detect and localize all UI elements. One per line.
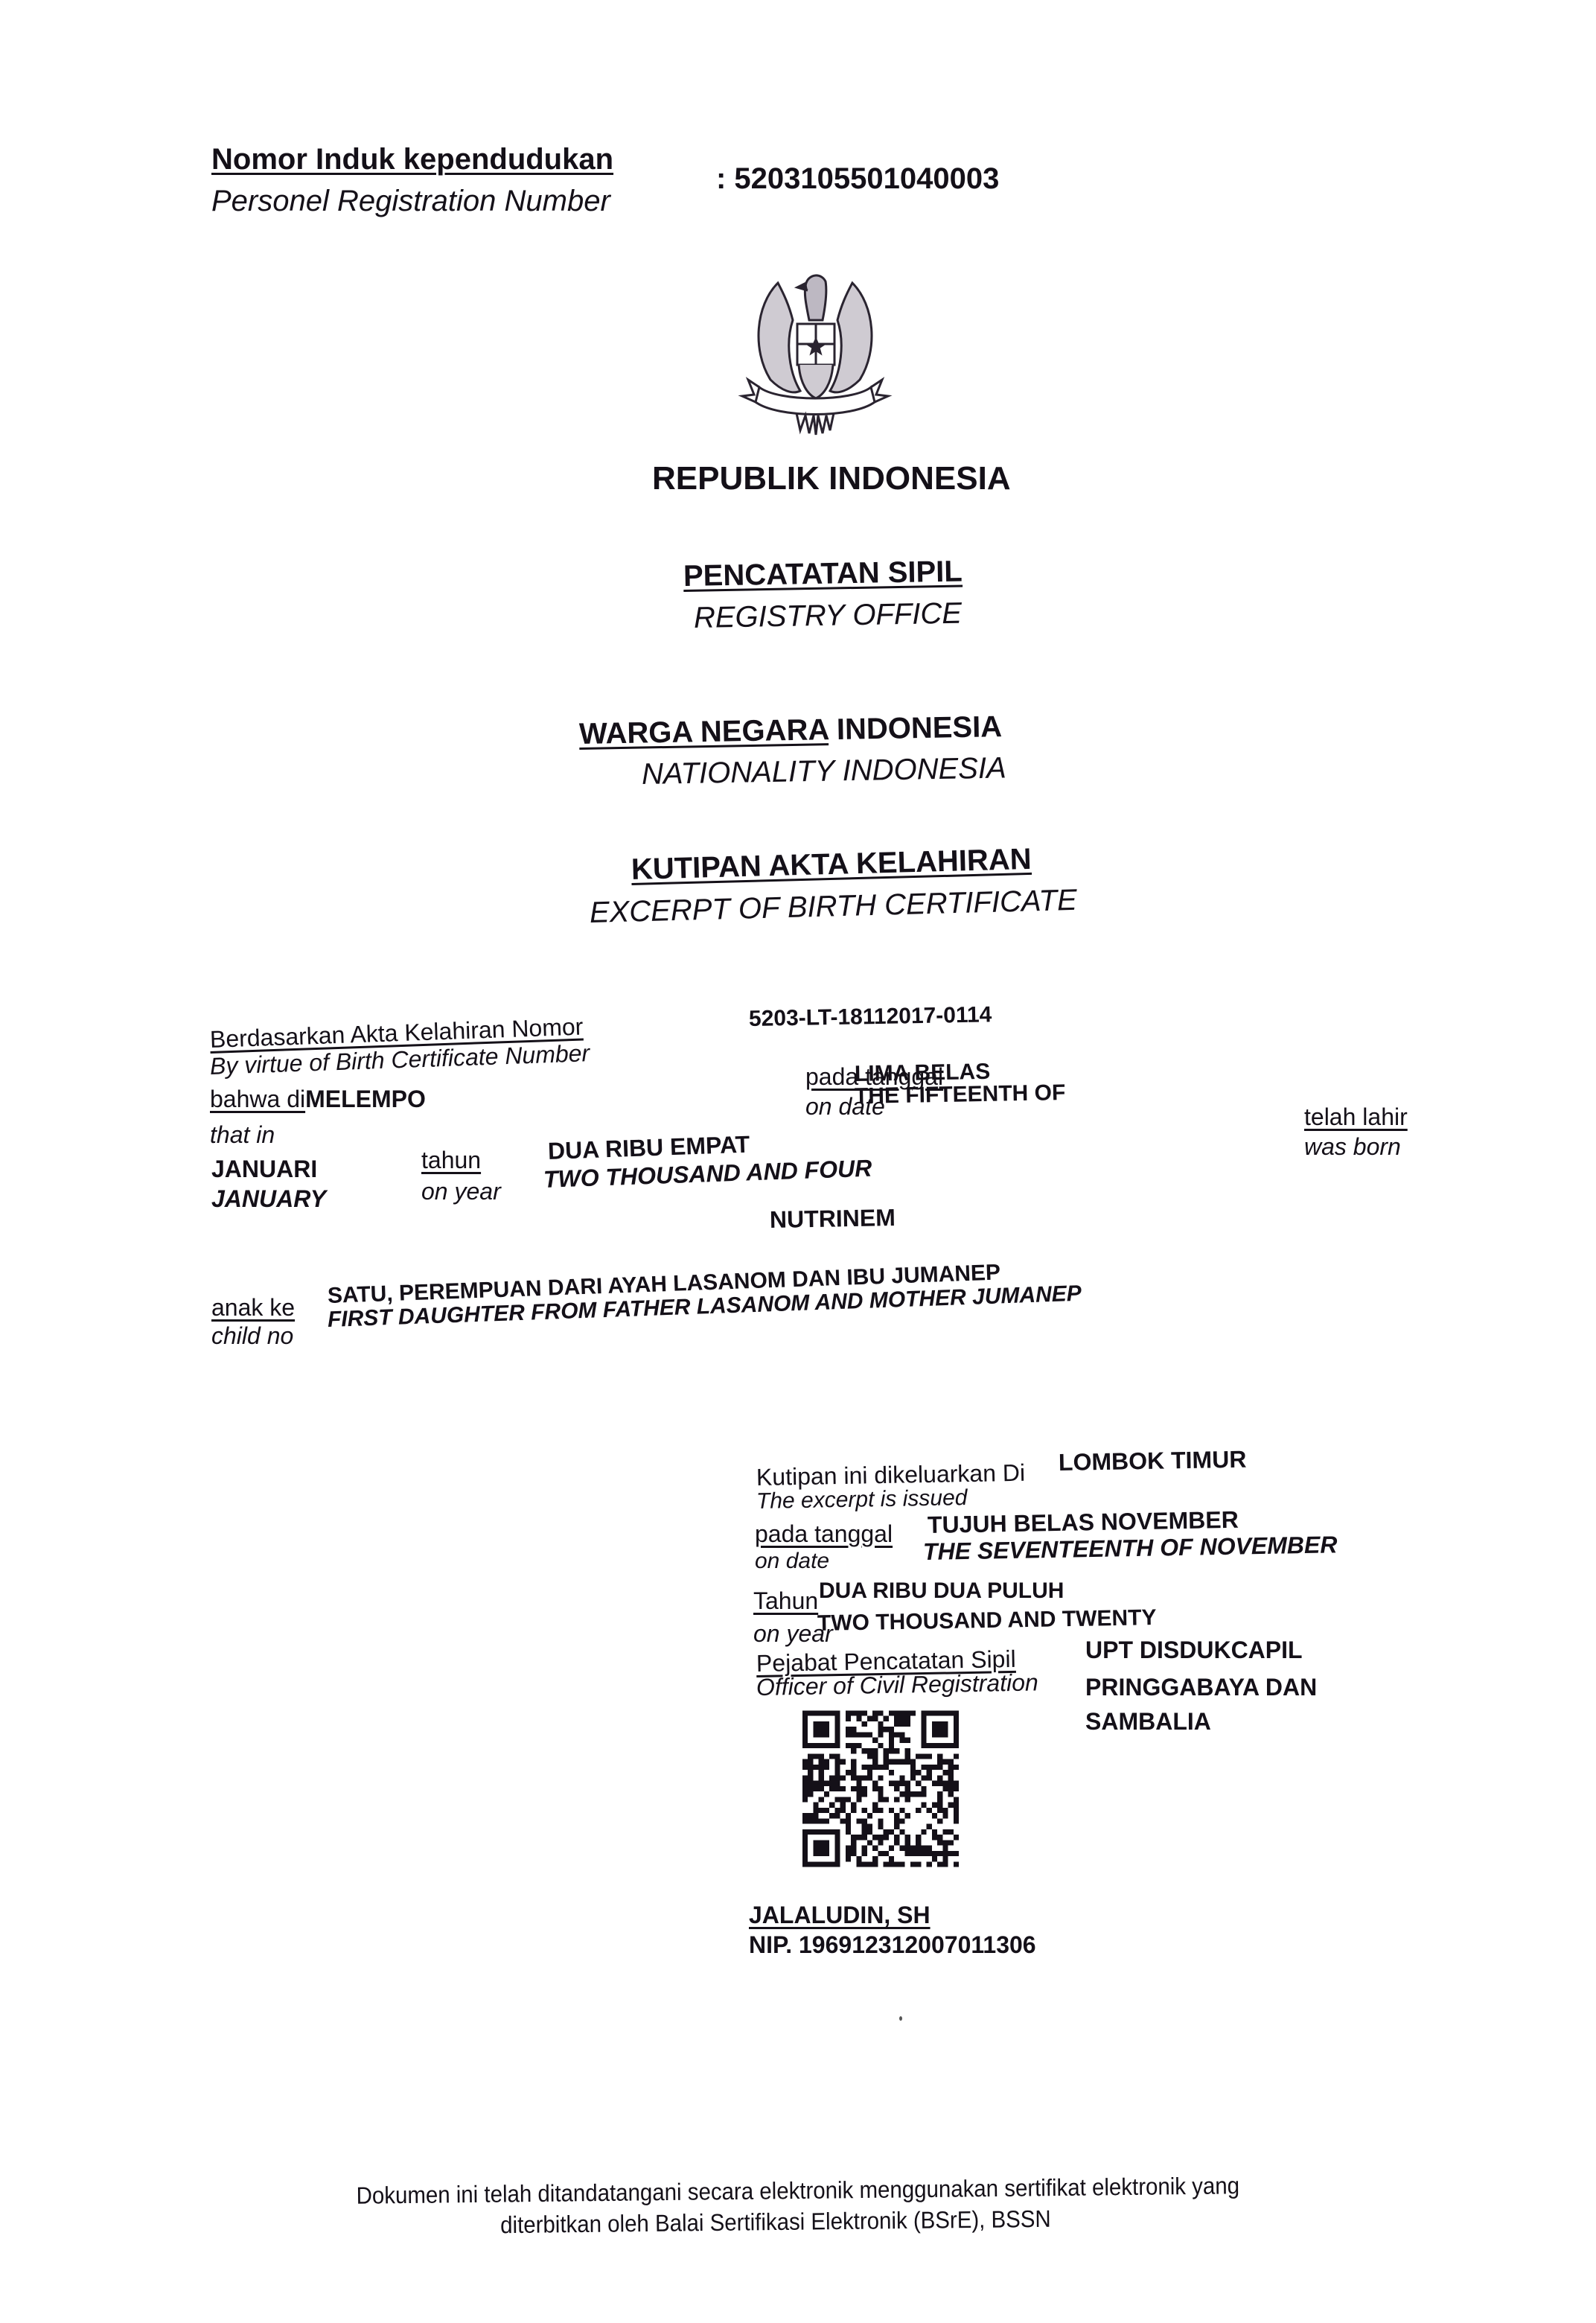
doc-title-id: KUTIPAN AKTA KELAHIRAN [631,843,1032,887]
officer-unit-2: PRINGGABAYA DAN [1085,1674,1317,1701]
nationality-en: NATIONALITY INDONESIA [642,751,1006,791]
signer-name: JALALUDIN, SH [749,1902,931,1929]
nationality-label-id: WARGA NEGARA [579,713,829,751]
place-label-en: that in [210,1121,275,1149]
officer-unit-3: SAMBALIA [1085,1708,1211,1736]
doc-title-en: EXCERPT OF BIRTH CERTIFICATE [589,884,1077,930]
officer-label-en: Officer of Civil Registration [756,1669,1038,1701]
footer-line-1-text: Dokumen ini telah ditandatangani secara … [357,2172,1240,2210]
nik-label-en: Personel Registration Number [211,185,610,218]
nationality-line-id: WARGA NEGARA INDONESIA [579,710,1003,751]
footer-line-2-text: diterbitkan oleh Balai Sertifikasi Elekt… [500,2205,1051,2239]
born-label-en: was born [1304,1133,1401,1161]
nik-label-id: Nomor Induk kependudukan [211,143,613,176]
footer-line-2: diterbitkan oleh Balai Sertifikasi Elekt… [0,2208,1574,2236]
issue-date-label-id: pada tanggal [755,1520,893,1548]
born-label-id: telah lahir [1304,1103,1408,1131]
birth-year-label-en: on year [421,1178,501,1205]
office-title-en: REGISTRY OFFICE [694,597,963,635]
office-title-id: PENCATATAN SIPIL [683,555,963,593]
nationality-value-id: INDONESIA [836,710,1002,746]
garuda-emblem-icon [726,261,904,447]
birth-month-id: JANUARI [211,1156,317,1183]
issue-date-label-en: on date [755,1549,829,1574]
birth-day-en: THE FIFTEENTH OF [855,1080,1066,1109]
child-name: NUTRINEM [770,1204,896,1234]
child-no-label-en: child no [211,1322,293,1350]
birth-year-label-id: tahun [421,1147,481,1174]
place-value: MELEMPO [305,1086,426,1112]
country-title: REPUBLIK INDONESIA [652,460,1011,497]
issue-year-label-id: Tahun [753,1587,818,1615]
qr-code-icon[interactable] [802,1705,959,1873]
nik-value: : 5203105501040003 [716,162,999,196]
issue-place-value: LOMBOK TIMUR [1059,1446,1247,1476]
officer-unit-1: UPT DISDUKCAPIL [1085,1637,1303,1664]
child-no-label-id: anak ke [211,1294,295,1322]
issue-year-value-id: DUA RIBU DUA PULUH [819,1578,1064,1604]
footer-line-1: Dokumen ini telah ditandatangani secara … [0,2177,1596,2205]
birth-month-en: JANUARY [211,1185,326,1213]
place-label-id: bahwa di [210,1086,305,1112]
cert-number: 5203-LT-18112017-0114 [749,1002,992,1032]
signer-nip: NIP. 196912312007011306 [749,1931,1036,1959]
stray-mark [899,2016,902,2021]
issue-year-value-en: TWO THOUSAND AND TWENTY [817,1605,1157,1637]
place-line: bahwa diMELEMPO [210,1086,426,1113]
issue-place-label-en: The excerpt is issued [756,1485,968,1514]
